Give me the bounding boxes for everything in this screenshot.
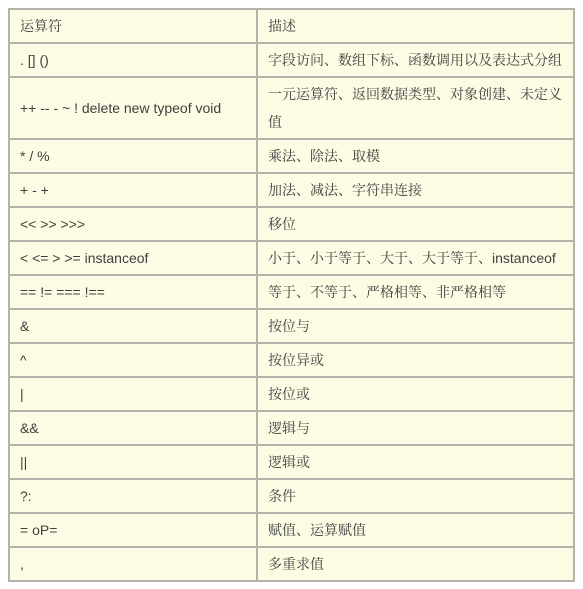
table-row: < <= > >= instanceof小于、小于等于、大于、大于等于、inst… [9,241,574,275]
description-cell: 移位 [257,207,574,241]
description-cell: 一元运算符、返回数据类型、对象创建、未定义值 [257,77,574,139]
operator-cell: || [9,445,257,479]
description-cell: 小于、小于等于、大于、大于等于、instanceof [257,241,574,275]
operator-cell: ++ -- - ~ ! delete new typeof void [9,77,257,139]
description-cell: 逻辑或 [257,445,574,479]
table-row: &&逻辑与 [9,411,574,445]
operator-cell: << >> >>> [9,207,257,241]
operator-cell: . [] () [9,43,257,77]
description-cell: 条件 [257,479,574,513]
table-header-row: 运算符 描述 [9,9,574,43]
description-cell: 等于、不等于、严格相等、非严格相等 [257,275,574,309]
operator-cell: == != === !== [9,275,257,309]
description-cell: 加法、减法、字符串连接 [257,173,574,207]
table-row: . [] ()字段访问、数组下标、函数调用以及表达式分组 [9,43,574,77]
operator-cell: | [9,377,257,411]
operators-table: 运算符 描述 . [] ()字段访问、数组下标、函数调用以及表达式分组++ --… [8,8,575,582]
operator-cell: ?: [9,479,257,513]
table-row: = oP=赋值、运算赋值 [9,513,574,547]
page: 运算符 描述 . [] ()字段访问、数组下标、函数调用以及表达式分组++ --… [0,0,583,589]
operator-cell: * / % [9,139,257,173]
table-row: ++ -- - ~ ! delete new typeof void一元运算符、… [9,77,574,139]
table-row: &按位与 [9,309,574,343]
table-row: ^按位异或 [9,343,574,377]
description-cell: 按位或 [257,377,574,411]
operator-column-header: 运算符 [9,9,257,43]
table-row: * / %乘法、除法、取模 [9,139,574,173]
operator-cell: && [9,411,257,445]
operator-cell: & [9,309,257,343]
description-cell: 赋值、运算赋值 [257,513,574,547]
table-row: + - +加法、减法、字符串连接 [9,173,574,207]
description-cell: 多重求值 [257,547,574,581]
description-cell: 字段访问、数组下标、函数调用以及表达式分组 [257,43,574,77]
description-column-header: 描述 [257,9,574,43]
description-cell: 乘法、除法、取模 [257,139,574,173]
table-row: |按位或 [9,377,574,411]
operator-cell: + - + [9,173,257,207]
table-body: . [] ()字段访问、数组下标、函数调用以及表达式分组++ -- - ~ ! … [9,43,574,581]
description-cell: 按位与 [257,309,574,343]
operator-cell: , [9,547,257,581]
table-row: == != === !==等于、不等于、严格相等、非严格相等 [9,275,574,309]
table-row: ,多重求值 [9,547,574,581]
operator-cell: < <= > >= instanceof [9,241,257,275]
table-row: ||逻辑或 [9,445,574,479]
description-cell: 逻辑与 [257,411,574,445]
table-row: << >> >>>移位 [9,207,574,241]
operator-cell: = oP= [9,513,257,547]
table-row: ?:条件 [9,479,574,513]
description-cell: 按位异或 [257,343,574,377]
operator-cell: ^ [9,343,257,377]
